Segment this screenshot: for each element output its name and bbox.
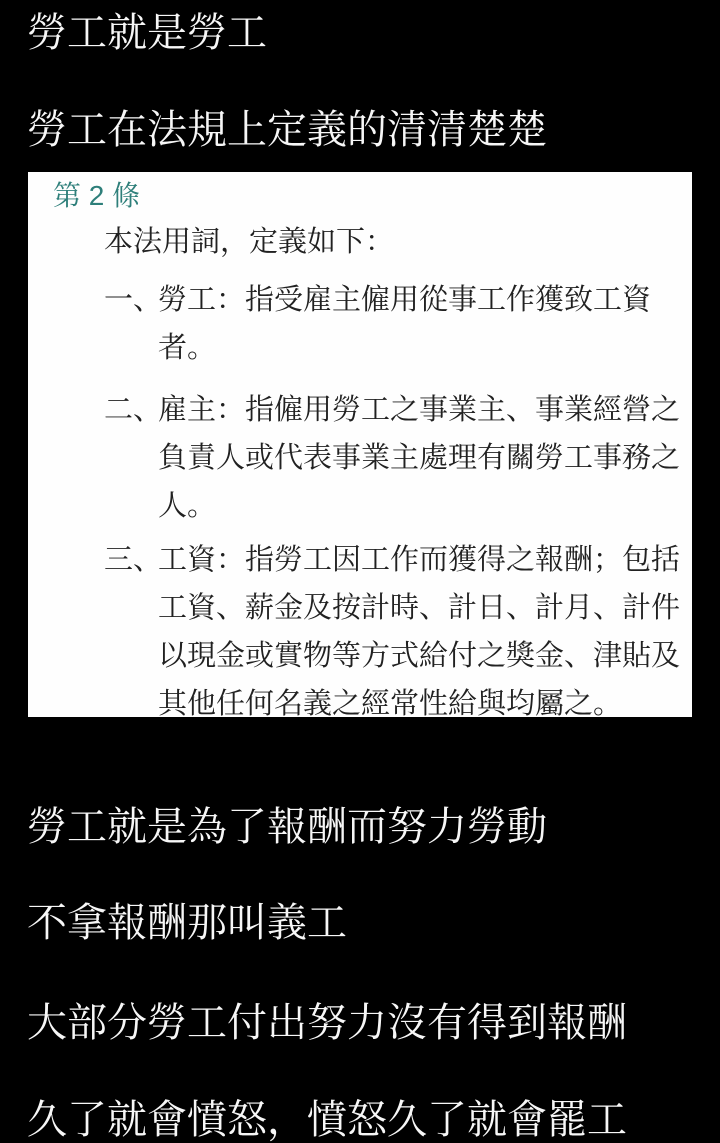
law-item-text: 雇主：指僱用勞工之事業主、事業經營之 負責人或代表事業主處理有關勞工事務之 人。 [158,386,692,530]
post-text-line: 勞工在法規上定義的清清楚楚 [27,106,547,154]
post-text-line: 久了就會憤怒，憤怒久了就會罷工 [27,1096,627,1143]
post-text-line: 勞工就是勞工 [27,9,267,57]
post-page: 勞工就是勞工 勞工在法規上定義的清清楚楚 第 2 條 本法用詞，定義如下： 一、… [0,0,720,1143]
post-text-line: 大部分勞工付出努力沒有得到報酬 [27,999,627,1047]
law-item-text: 工資：指勞工因工作而獲得之報酬；包括 工資、薪金及按計時、計日、計月、計件 以現… [158,536,692,717]
law-item-text: 勞工：指受雇主僱用從事工作獲致工資 者。 [158,276,692,372]
post-text-line: 不拿報酬那叫義工 [27,899,347,947]
law-item-marker: 三、 [104,536,158,584]
article-intro-text: 本法用詞，定義如下： [104,218,394,266]
law-item-marker: 一、 [104,276,158,324]
law-item-2: 二、 雇主：指僱用勞工之事業主、事業經營之 負責人或代表事業主處理有關勞工事務之… [104,386,692,530]
law-article-quote-card: 第 2 條 本法用詞，定義如下： 一、 勞工：指受雇主僱用從事工作獲致工資 者。… [28,172,692,717]
article-number-heading: 第 2 條 [53,179,140,213]
law-item-marker: 二、 [104,386,158,434]
law-item-3: 三、 工資：指勞工因工作而獲得之報酬；包括 工資、薪金及按計時、計日、計月、計件… [104,536,692,717]
law-item-1: 一、 勞工：指受雇主僱用從事工作獲致工資 者。 [104,276,692,372]
post-text-line: 勞工就是為了報酬而努力勞動 [27,803,547,851]
